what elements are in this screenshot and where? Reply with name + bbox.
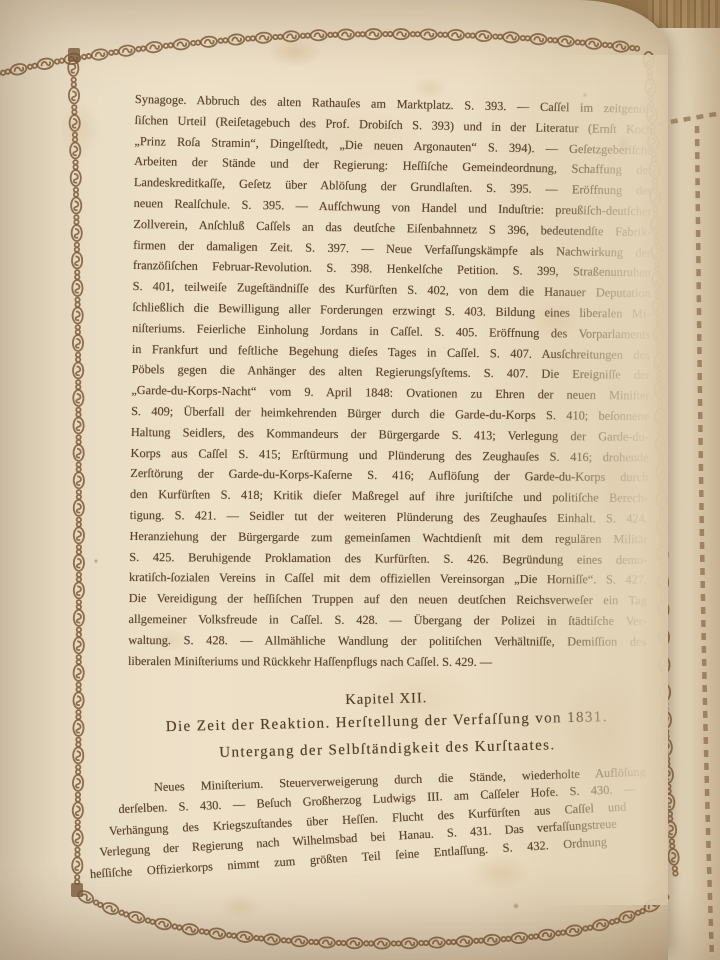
chain-link-ornament	[503, 32, 530, 44]
chain-link-ornament	[538, 927, 566, 941]
chain-link-ornament	[291, 936, 318, 948]
chain-link-ornament	[72, 252, 83, 279]
chain-link-ornament	[484, 934, 511, 946]
chain-link-ornament	[73, 362, 83, 389]
chain-link-ornament	[73, 720, 83, 747]
chain-link-ornament	[173, 37, 201, 50]
chain-link-ornament	[657, 547, 668, 574]
chain-link-ornament	[154, 917, 182, 933]
chain-link-ornament	[668, 848, 681, 876]
chain-link-ornament	[346, 938, 373, 949]
ornament-right-band	[648, 50, 678, 886]
chain-link-ornament	[71, 197, 82, 224]
chain-link-ornament	[74, 555, 84, 582]
chain-link-ornament	[91, 47, 119, 61]
chain-link-ornament	[310, 30, 337, 41]
chain-link-ornament	[585, 38, 613, 51]
chain-link-ornament	[475, 31, 502, 42]
chain-link-ornament	[73, 775, 83, 802]
chain-link-ornament	[37, 55, 65, 70]
chain-link-ornament	[264, 934, 292, 946]
chain-link-ornament	[429, 937, 456, 948]
chain-link-ornament	[657, 519, 668, 546]
chain-link-ornament	[421, 29, 448, 40]
chain-link-ornament	[655, 409, 666, 436]
chain-link-ornament	[236, 931, 264, 944]
chain-link-ornament	[654, 354, 665, 381]
chain-link-ornament	[618, 906, 647, 925]
chain-link-ornament	[662, 766, 673, 793]
chain-link-ornament	[10, 60, 38, 76]
chain-link-ornament	[652, 244, 663, 271]
chain-link-ornament	[654, 327, 665, 354]
chain-link-ornament	[74, 472, 84, 499]
chain-link-ornament	[146, 40, 174, 53]
chain-link-ornament	[70, 142, 81, 169]
chain-link-ornament	[658, 602, 669, 629]
chain-link-ornament	[72, 280, 83, 307]
chain-link-ornament	[74, 582, 84, 609]
chain-link-ornament	[664, 794, 676, 821]
chain-link-ornament	[74, 610, 84, 637]
text-line: waltung. S. 428. — Allmähliche Wandlung …	[128, 630, 646, 652]
chain-link-ornament	[643, 52, 655, 79]
book-photo: Synagoge. Abbruch des alten Rathauſes am…	[0, 0, 720, 960]
chain-link-ornament	[71, 170, 82, 197]
chain-link-ornament	[0, 66, 11, 82]
chain-link-ornament	[228, 33, 255, 45]
chapter-heading: Kapitel XII. Die Zeit der Reaktion. Herſ…	[127, 684, 647, 769]
chain-link-ornament	[74, 500, 84, 527]
chain-link-ornament	[72, 857, 82, 884]
chain-link-ornament	[456, 935, 483, 946]
chain-link-ornament	[73, 802, 83, 829]
text-line: allgemeiner Volksfreude in Caſſel. S. 42…	[128, 609, 646, 632]
chain-link-ornament	[655, 382, 666, 409]
chain-link-ornament	[338, 29, 365, 40]
chain-link-ornament	[74, 445, 84, 472]
chain-link-ornament	[74, 665, 84, 692]
chain-link-ornament	[73, 390, 83, 417]
chain-link-ornament	[653, 299, 664, 326]
adjacent-page-border-top	[658, 113, 720, 124]
text-line: kratiſch-ſozialen Vereins in Caſſel mit …	[129, 567, 647, 590]
chain-link-ornament	[565, 922, 593, 937]
chain-link-ornament	[101, 901, 130, 920]
chain-link-ornament	[69, 87, 80, 114]
chapter-summary-text: Synagoge. Abbruch des alten Rathauſes am…	[128, 89, 646, 671]
chapter-intro-text: Neues Miniſterium. Steuerverweigerung du…	[128, 778, 646, 885]
chain-link-ornament	[401, 938, 428, 949]
text-line: Heranziehung der Bürgergarde zum gemeinſ…	[129, 526, 647, 550]
chain-link-ornament	[656, 492, 667, 519]
chain-link-ornament	[68, 60, 79, 87]
ornament-bottom-band	[77, 888, 676, 943]
chain-link-ornament	[182, 923, 210, 938]
chain-link-ornament	[69, 115, 80, 142]
chain-link-ornament	[393, 29, 420, 39]
chain-link-ornament	[200, 35, 228, 47]
chain-link-ornament	[72, 830, 82, 857]
chain-link-ornament	[73, 692, 83, 719]
chain-link-ornament	[530, 34, 557, 46]
chain-link-ornament	[72, 225, 83, 252]
chain-link-ornament	[255, 32, 282, 44]
chain-link-ornament	[76, 889, 104, 911]
chain-link-ornament	[209, 927, 237, 941]
chain-link-ornament	[511, 931, 539, 944]
chain-link-ornament	[558, 36, 586, 48]
chain-link-ornament	[73, 335, 83, 362]
ornament-corner-bottom-left	[71, 883, 83, 897]
chain-link-ornament	[73, 747, 83, 774]
chain-link-ornament	[74, 527, 84, 554]
chain-link-ornament	[73, 417, 83, 444]
chain-link-ornament	[366, 29, 393, 39]
chain-link-ornament	[656, 464, 667, 491]
chain-link-ornament	[73, 307, 83, 334]
chain-link-ornament	[374, 938, 401, 948]
chain-link-ornament	[659, 629, 670, 656]
ornament-top-band	[0, 34, 648, 78]
chain-link-ornament	[652, 272, 663, 299]
chain-link-ornament	[448, 30, 475, 41]
chain-link-ornament	[656, 437, 667, 464]
chain-link-ornament	[319, 937, 346, 948]
chain-link-ornament	[661, 712, 672, 739]
chain-link-ornament	[665, 821, 677, 849]
chain-link-ornament	[660, 684, 671, 711]
chain-link-ornament	[118, 43, 146, 57]
chain-link-ornament	[592, 915, 620, 932]
chain-link-ornament	[128, 910, 157, 927]
text-line: Die Vereidigung der heſſiſchen Truppen a…	[129, 588, 647, 611]
chain-link-ornament	[612, 41, 640, 54]
chain-link-ornament	[74, 637, 84, 664]
chain-link-ornament	[659, 657, 670, 684]
chain-link-ornament	[643, 892, 671, 914]
chain-link-ornament	[651, 217, 662, 244]
text-line: liberalen Miniſteriums und Rückkehr Haſſ…	[128, 651, 646, 673]
chain-link-ornament	[658, 574, 669, 601]
chain-link-ornament	[661, 739, 672, 766]
adjacent-page-border-side	[697, 126, 712, 958]
chain-link-ornament	[283, 30, 310, 41]
